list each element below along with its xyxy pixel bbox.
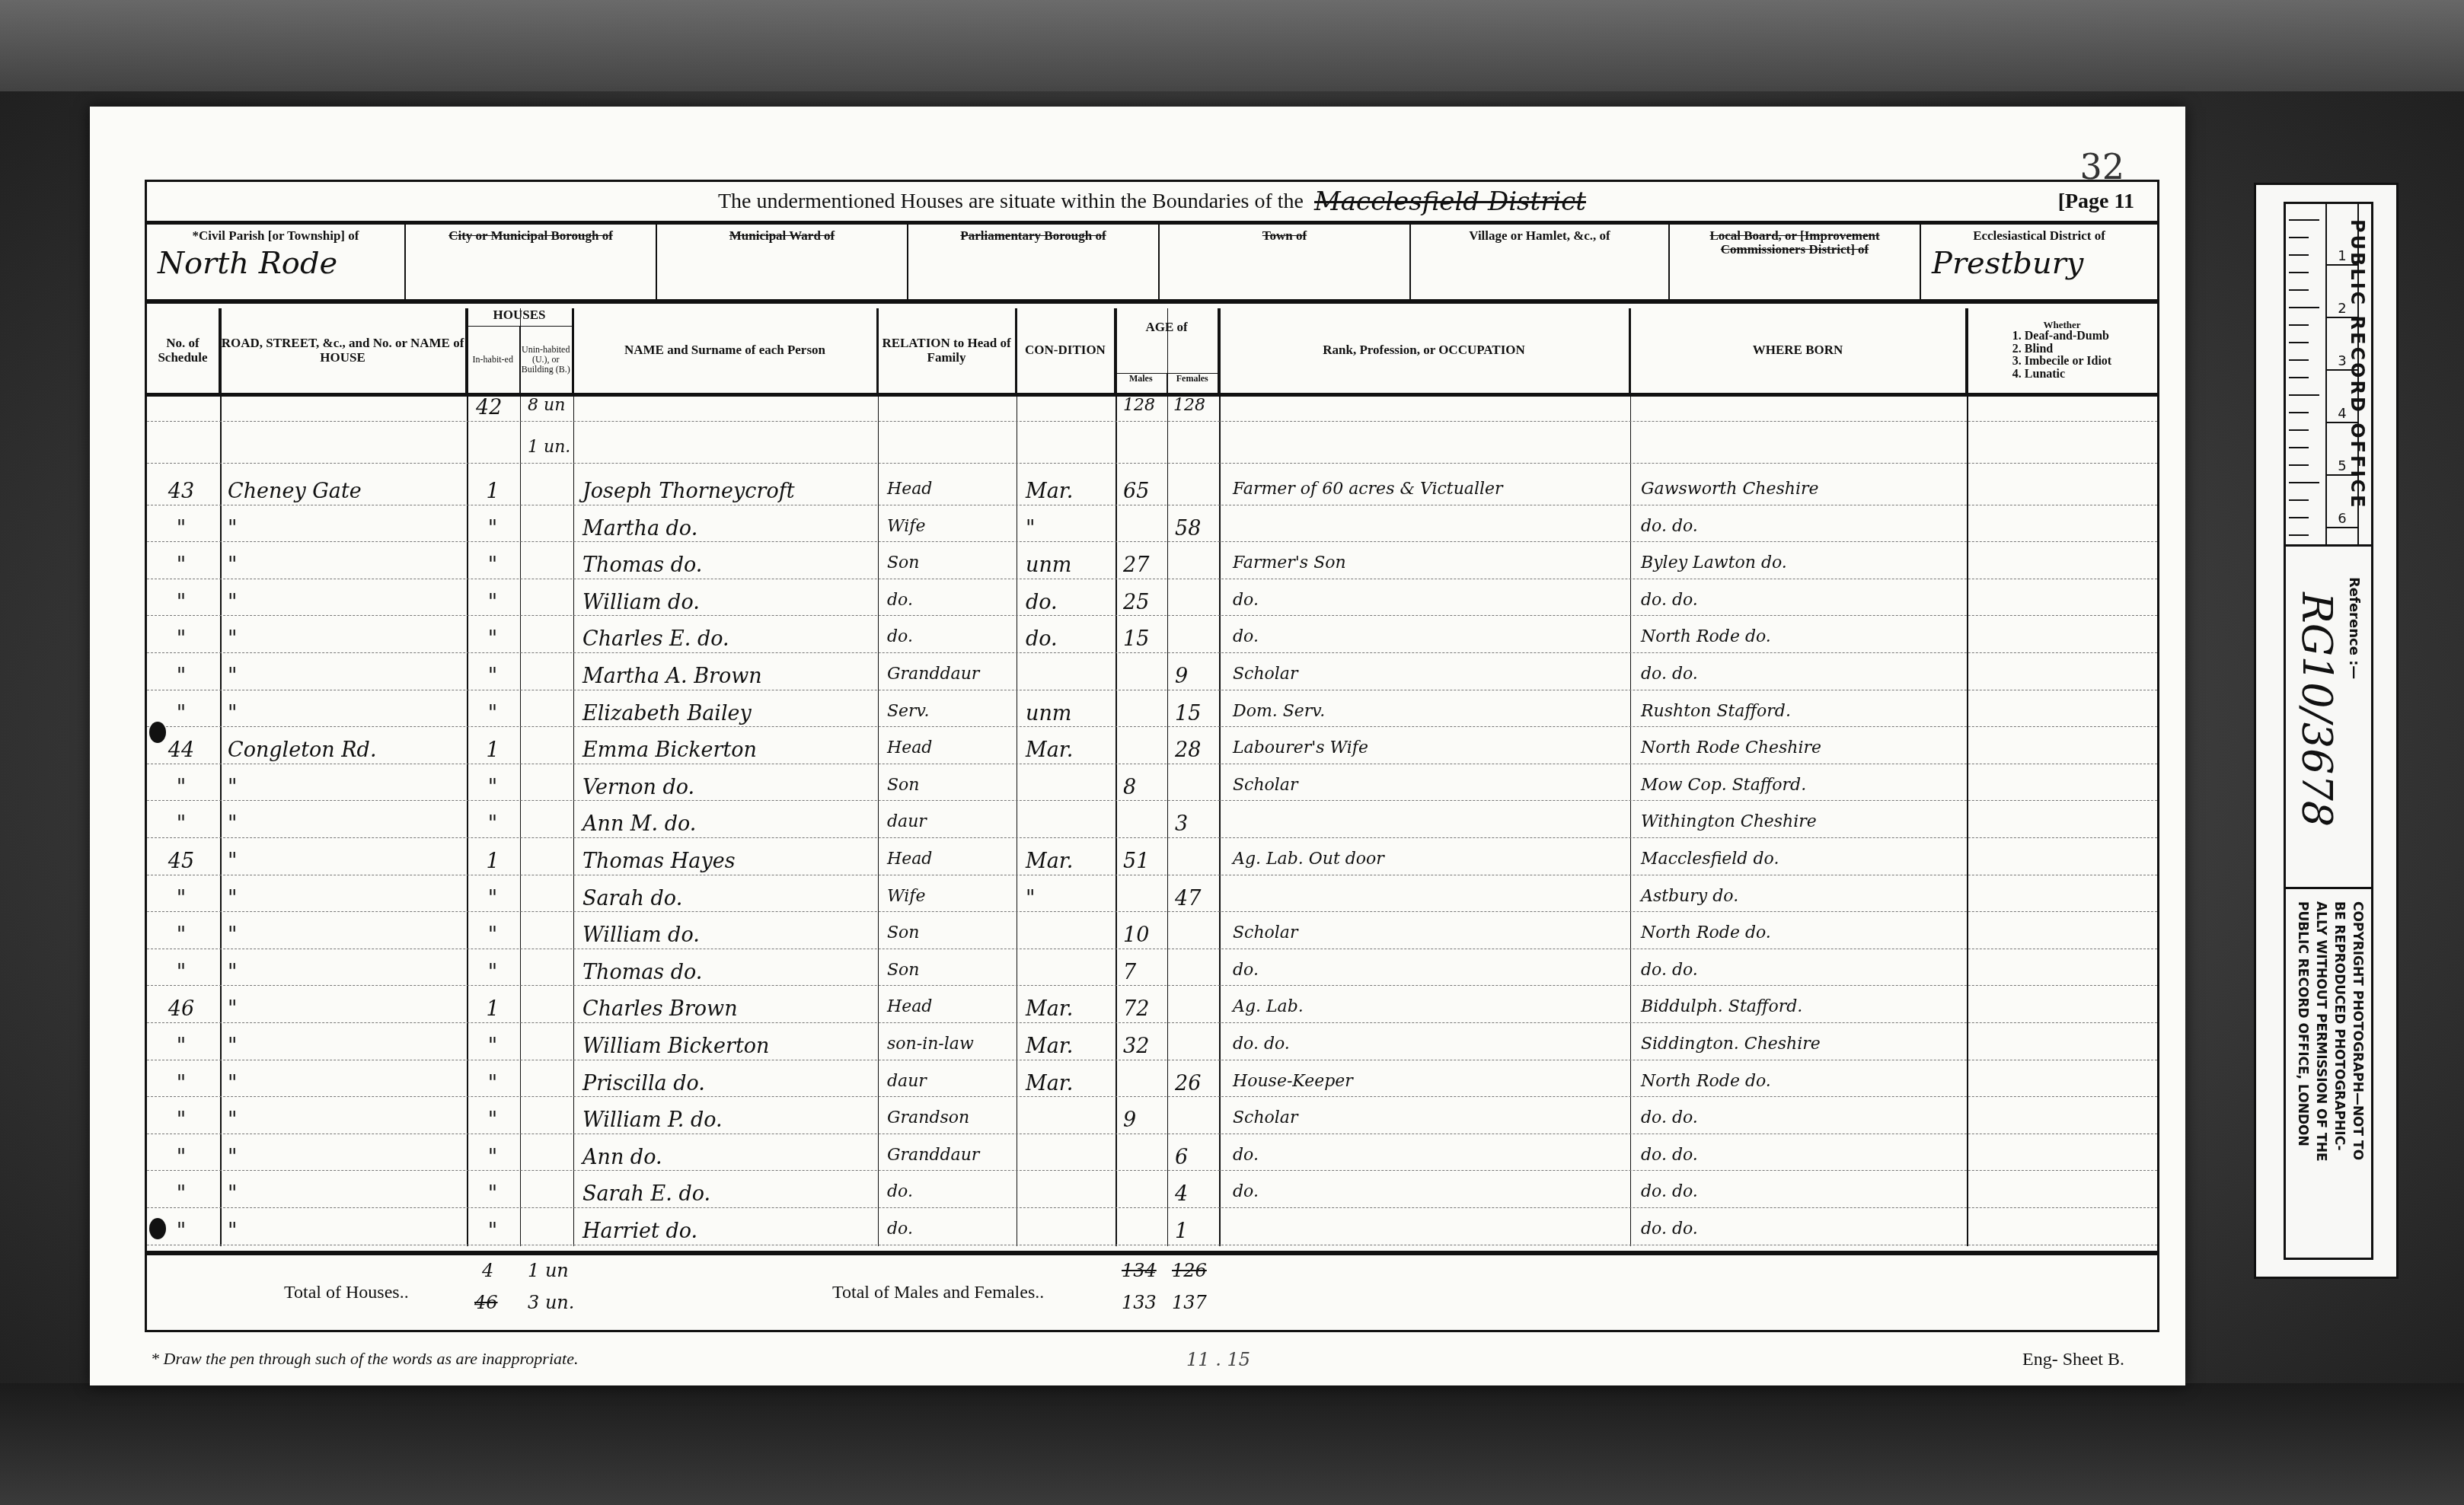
name-cell: William Bickerton xyxy=(578,1035,769,1060)
name-cell: Thomas do. xyxy=(578,553,702,579)
reference-box: Reference :— RG10/3678 xyxy=(2286,547,2371,889)
inhabited-cell: " xyxy=(470,1072,515,1098)
ruler-number: 1 xyxy=(2327,213,2357,266)
female-age-cell: 1 xyxy=(1170,1220,1188,1245)
village-label: Village or Hamlet, &c., of xyxy=(1417,229,1662,243)
occupation-cell: do. do. xyxy=(1228,1035,1290,1060)
disability-list: Whether 1. Deaf-and-Dumb 2. Blind 3. Imb… xyxy=(2012,320,2111,381)
where-born-cell: do. do. xyxy=(1636,1108,1698,1134)
table-row: """William P. do.Grandson9Scholardo. do. xyxy=(147,1113,2157,1134)
road-cell: " xyxy=(223,1220,237,1245)
occupation-cell: do. xyxy=(1228,961,1259,987)
table-row: """William Bickertonson-in-lawMar.32do. … xyxy=(147,1039,2157,1060)
road-cell: " xyxy=(223,517,237,543)
where-born-cell: do. do. xyxy=(1636,591,1698,617)
registration-district: Macclesfield District xyxy=(1314,187,1586,217)
ruler-tick xyxy=(2289,289,2309,291)
female-age-cell xyxy=(1170,553,1175,579)
table-row: """Harriet do.do.1do. do. xyxy=(147,1224,2157,1245)
ruler-tick xyxy=(2289,394,2319,396)
ruler-tick xyxy=(2289,377,2309,378)
road-cell: " xyxy=(223,1035,237,1060)
occupation-cell xyxy=(1228,812,1233,838)
male-age-cell xyxy=(1119,1220,1123,1245)
pro-reference-strip: PUBLIC RECORD OFFICE 1 2 3 4 5 6 Referen… xyxy=(2254,183,2399,1279)
copyright-line: PUBLIC RECORD OFFICE, LONDON xyxy=(2295,901,2310,1146)
ruler-tick xyxy=(2289,219,2319,221)
occupation-cell: Scholar xyxy=(1228,665,1297,690)
relation-cell: Serv. xyxy=(883,702,929,728)
town-cell: Town of xyxy=(1160,225,1411,299)
name-cell: Martha do. xyxy=(578,517,697,543)
table-row: 43Cheney Gate1Joseph ThorneycroftHeadMar… xyxy=(147,484,2157,505)
name-cell: Ann do. xyxy=(578,1146,662,1172)
name-cell: Charles Brown xyxy=(578,997,738,1023)
copyright-line: ALLY WITHOUT PERMISSION OF THE xyxy=(2313,901,2328,1162)
inhabited-cell: " xyxy=(470,591,515,617)
parliamentary-borough-cell: Parliamentary Borough of xyxy=(908,225,1160,299)
where-born-cell: do. do. xyxy=(1636,961,1698,987)
table-row: """Martha do.Wife"58do. do. xyxy=(147,521,2157,543)
road-cell: " xyxy=(223,776,237,802)
total-inhabited-page: 4 xyxy=(482,1260,493,1281)
where-born-cell: Withington Cheshire xyxy=(1636,812,1817,838)
relation-cell: do. xyxy=(883,627,913,653)
pencil-mark: 11 . 15 xyxy=(1186,1349,1250,1370)
road-cell: " xyxy=(223,591,237,617)
road-cell: " xyxy=(223,997,237,1023)
disability-whether: Whether xyxy=(2012,320,2111,330)
ruler-tick xyxy=(2289,359,2309,361)
total-inhabited-running: 46 xyxy=(474,1292,498,1313)
name-cell: William do. xyxy=(578,923,700,949)
schedule-cell: " xyxy=(147,887,215,913)
carried-forward-row-2: 1 un. xyxy=(147,442,2157,464)
relation-cell: Granddaur xyxy=(883,1146,979,1172)
road-cell: Congleton Rd. xyxy=(223,738,376,764)
name-cell: William do. xyxy=(578,591,700,617)
condition-cell xyxy=(1021,1220,1026,1245)
inhabited-cell: " xyxy=(470,1146,515,1172)
scanner-bottom-band xyxy=(0,1383,2464,1505)
inhabited-cell: " xyxy=(470,517,515,543)
male-age-cell: 15 xyxy=(1119,627,1149,653)
where-born-cell: Rushton Stafford. xyxy=(1636,702,1791,728)
ruler-tick xyxy=(2289,254,2309,256)
reference-value: RG10/3678 xyxy=(2293,592,2341,827)
schedule-cell: " xyxy=(147,1072,215,1098)
header-schedule: No. of Schedule xyxy=(147,308,220,393)
schedule-cell: " xyxy=(147,776,215,802)
condition-cell: do. xyxy=(1021,627,1058,653)
female-age-cell: 6 xyxy=(1170,1146,1188,1172)
relation-cell: do. xyxy=(883,1182,913,1208)
ruler-tick xyxy=(2289,429,2309,431)
female-age-cell xyxy=(1170,627,1175,653)
inhabited-cell: " xyxy=(470,1182,515,1208)
condition-cell: " xyxy=(1021,517,1035,543)
condition-cell: do. xyxy=(1021,591,1058,617)
ruler-tick xyxy=(2289,324,2309,326)
reference-label: Reference :— xyxy=(2346,577,2362,679)
where-born-cell: North Rode Cheshire xyxy=(1636,738,1821,764)
inhabited-cell: 1 xyxy=(470,738,515,764)
male-age-cell: 8 xyxy=(1119,776,1136,802)
schedule-cell: " xyxy=(147,517,215,543)
municipal-ward-label: Municipal Ward of xyxy=(663,229,901,243)
occupation-cell: House-Keeper xyxy=(1228,1072,1353,1098)
ruler-ticks xyxy=(2289,204,2324,544)
where-born-cell: North Rode do. xyxy=(1636,923,1771,949)
name-cell: Emma Bickerton xyxy=(578,738,757,764)
schedule-cell: 43 xyxy=(147,480,215,505)
ruler-tick xyxy=(2289,517,2309,518)
name-cell: Sarah E. do. xyxy=(578,1182,710,1208)
female-age-cell: 58 xyxy=(1170,517,1201,543)
name-cell: Charles E. do. xyxy=(578,627,729,653)
relation-cell: son-in-law xyxy=(883,1035,974,1060)
occupation-cell: Farmer's Son xyxy=(1228,553,1346,579)
carried-uninhabited-2: 1 un. xyxy=(523,438,570,464)
carried-forward-row: 42 8 un 128 128 xyxy=(147,400,2157,422)
relation-cell: daur xyxy=(883,812,927,838)
occupation-cell: Dom. Serv. xyxy=(1228,702,1325,728)
ruler-tick xyxy=(2289,412,2309,413)
header-inhabited: In-habit-ed xyxy=(467,327,520,393)
municipal-borough-label: City or Municipal Borough of xyxy=(412,229,650,243)
relation-cell: Head xyxy=(883,480,932,505)
where-born-cell: Siddington. Cheshire xyxy=(1636,1035,1821,1060)
name-cell: Ann M. do. xyxy=(578,812,696,838)
inhabited-cell: " xyxy=(470,812,515,838)
inhabited-cell: " xyxy=(470,665,515,690)
inhabited-cell: 1 xyxy=(470,997,515,1023)
header-disability: Whether 1. Deaf-and-Dumb 2. Blind 3. Imb… xyxy=(1967,308,2157,393)
occupation-cell: Ag. Lab. Out door xyxy=(1228,850,1384,875)
male-age-cell xyxy=(1119,517,1123,543)
male-age-cell: 32 xyxy=(1119,1035,1149,1060)
female-age-cell xyxy=(1170,997,1175,1023)
table-row: """Thomas do.Sonunm27Farmer's SonByley L… xyxy=(147,558,2157,579)
carried-inhabited: 42 xyxy=(471,396,502,422)
male-age-cell xyxy=(1119,1146,1123,1172)
total-females-page: 126 xyxy=(1172,1260,1207,1281)
relation-cell: do. xyxy=(883,591,913,617)
male-age-cell: 25 xyxy=(1119,591,1149,617)
condition-cell: Mar. xyxy=(1021,1035,1073,1060)
condition-cell xyxy=(1021,1182,1026,1208)
condition-cell: Mar. xyxy=(1021,997,1073,1023)
female-age-cell: 15 xyxy=(1170,702,1201,728)
relation-cell: Granddaur xyxy=(883,665,979,690)
copyright-line: BE REPRODUCED PHOTOGRAPHIC- xyxy=(2332,901,2347,1151)
inhabited-cell: " xyxy=(470,1220,515,1245)
disability-option: 1. Deaf-and-Dumb xyxy=(2012,330,2111,343)
relation-cell: daur xyxy=(883,1072,927,1098)
male-age-cell xyxy=(1119,738,1123,764)
schedule-cell: " xyxy=(147,553,215,579)
census-sheet: 32 The undermentioned Houses are situate… xyxy=(90,107,2185,1385)
where-born-cell: do. do. xyxy=(1636,665,1698,690)
occupation-cell xyxy=(1228,887,1233,913)
road-cell: " xyxy=(223,627,237,653)
town-label: Town of xyxy=(1166,229,1403,243)
condition-cell: Mar. xyxy=(1021,480,1073,505)
male-age-cell: 10 xyxy=(1119,923,1149,949)
copyright-line: COPYRIGHT PHOTOGRAPH—NOT TO xyxy=(2350,901,2365,1160)
male-age-cell xyxy=(1119,1072,1123,1098)
census-form: The undermentioned Houses are situate wi… xyxy=(145,180,2159,1332)
punch-hole xyxy=(149,1218,166,1239)
where-born-cell: Mow Cop. Stafford. xyxy=(1636,776,1806,802)
condition-cell: unm xyxy=(1021,702,1071,728)
where-born-cell: North Rode do. xyxy=(1636,627,1771,653)
sheet-mark: Eng- Sheet B. xyxy=(2022,1350,2124,1370)
footnote: * Draw the pen through such of the words… xyxy=(151,1349,578,1369)
road-cell: " xyxy=(223,812,237,838)
table-row: """Priscilla do.daurMar.26House-KeeperNo… xyxy=(147,1076,2157,1098)
totals-row: Total of Houses.. 4 46 1 un 3 un. Total … xyxy=(147,1251,2157,1330)
schedule-cell: " xyxy=(147,1035,215,1060)
name-cell: Joseph Thorneycroft xyxy=(578,480,794,505)
road-cell: Cheney Gate xyxy=(223,480,362,505)
schedule-cell: 46 xyxy=(147,997,215,1023)
occupation-cell: Scholar xyxy=(1228,1108,1297,1134)
where-born-cell: do. do. xyxy=(1636,517,1698,543)
ruler-tick xyxy=(2289,482,2319,483)
female-age-cell xyxy=(1170,591,1175,617)
relation-cell: do. xyxy=(883,1220,913,1245)
occupation-cell: Farmer of 60 acres & Victualler xyxy=(1228,480,1503,505)
road-cell: " xyxy=(223,1182,237,1208)
road-cell: " xyxy=(223,1072,237,1098)
male-age-cell xyxy=(1119,812,1123,838)
municipal-borough-cell: City or Municipal Borough of xyxy=(406,225,657,299)
relation-cell: Wife xyxy=(883,887,925,913)
occupation-cell xyxy=(1228,1220,1233,1245)
header-condition: CON-DITION xyxy=(1017,308,1116,393)
occupation-cell: Labourer's Wife xyxy=(1228,738,1368,764)
where-born-cell: Biddulph. Stafford. xyxy=(1636,997,1802,1023)
female-age-cell: 9 xyxy=(1170,665,1188,690)
condition-cell xyxy=(1021,1146,1026,1172)
female-age-cell xyxy=(1170,776,1175,802)
municipal-ward-cell: Municipal Ward of xyxy=(657,225,908,299)
female-age-cell: 28 xyxy=(1170,738,1201,764)
ruler: PUBLIC RECORD OFFICE 1 2 3 4 5 6 xyxy=(2286,204,2371,547)
inhabited-cell: " xyxy=(470,923,515,949)
male-age-cell: 7 xyxy=(1119,961,1136,987)
table-row: """Thomas do.Son7do.do. do. xyxy=(147,965,2157,987)
name-cell: Thomas do. xyxy=(578,961,702,987)
female-age-cell xyxy=(1170,850,1175,875)
inhabited-cell: 1 xyxy=(470,480,515,505)
relation-cell: Son xyxy=(883,553,920,579)
table-row: """William do.Son10ScholarNorth Rode do. xyxy=(147,928,2157,949)
schedule-cell: " xyxy=(147,665,215,690)
condition-cell xyxy=(1021,812,1026,838)
where-born-cell: North Rode do. xyxy=(1636,1072,1771,1098)
village-cell: Village or Hamlet, &c., of xyxy=(1411,225,1670,299)
name-cell: Elizabeth Bailey xyxy=(578,702,752,728)
inhabited-cell: " xyxy=(470,702,515,728)
road-cell: " xyxy=(223,1108,237,1134)
ruler-tick xyxy=(2289,237,2309,238)
female-age-cell xyxy=(1170,1108,1175,1134)
header-relation: RELATION to Head of Family xyxy=(878,308,1017,393)
name-cell: Harriet do. xyxy=(578,1220,697,1245)
table-row: """Martha A. BrownGranddaur9Scholardo. d… xyxy=(147,669,2157,690)
ruler-tick xyxy=(2289,499,2309,501)
total-males-page: 134 xyxy=(1122,1260,1157,1281)
relation-cell: Son xyxy=(883,923,920,949)
where-born-cell: do. do. xyxy=(1636,1220,1698,1245)
occupation-cell xyxy=(1228,517,1233,543)
where-born-cell: do. do. xyxy=(1636,1146,1698,1172)
schedule-cell: 45 xyxy=(147,850,215,875)
ruler-tick xyxy=(2289,464,2309,466)
table-row: """Charles E. do.do.do.15do.North Rode d… xyxy=(147,632,2157,653)
ruler-tick xyxy=(2289,342,2309,343)
male-age-cell xyxy=(1119,887,1123,913)
total-uninhabited-page: 1 un xyxy=(528,1260,569,1281)
condition-cell: Mar. xyxy=(1021,850,1073,875)
road-cell: " xyxy=(223,961,237,987)
where-born-cell: Macclesfield do. xyxy=(1636,850,1779,875)
male-age-cell: 27 xyxy=(1119,553,1149,579)
schedule-cell: " xyxy=(147,591,215,617)
ruler-number: 5 xyxy=(2327,423,2357,476)
location-strip: *Civil Parish [or Township] of North Rod… xyxy=(147,225,2157,304)
total-females-running: 137 xyxy=(1172,1292,1207,1313)
table-row: """Ann M. do.daur3Withington Cheshire xyxy=(147,817,2157,838)
condition-cell: Mar. xyxy=(1021,1072,1073,1098)
ruler-number: 2 xyxy=(2327,266,2357,318)
schedule-cell: " xyxy=(147,961,215,987)
road-cell: " xyxy=(223,850,237,875)
female-age-cell: 3 xyxy=(1170,812,1188,838)
male-age-cell: 72 xyxy=(1119,997,1149,1023)
schedule-cell: " xyxy=(147,1108,215,1134)
table-row: """Sarah do.Wife"47Astbury do. xyxy=(147,891,2157,913)
where-born-cell: do. do. xyxy=(1636,1182,1698,1208)
local-board-label: Local Board, or [Improvement Commissione… xyxy=(1676,229,1913,257)
inhabited-cell: 1 xyxy=(470,850,515,875)
total-persons-label: Total of Males and Females.. xyxy=(832,1283,1044,1303)
relation-cell: Head xyxy=(883,738,932,764)
ruler-scale: 1 2 3 4 5 6 xyxy=(2325,204,2359,544)
header-males: Males xyxy=(1116,374,1167,393)
name-cell: Vernon do. xyxy=(578,776,694,802)
female-age-cell xyxy=(1170,480,1175,505)
ruler-number: 6 xyxy=(2327,476,2357,528)
male-age-cell: 65 xyxy=(1119,480,1149,505)
inhabited-cell: " xyxy=(470,1108,515,1134)
punch-hole xyxy=(149,722,166,743)
ruler-number: 4 xyxy=(2327,371,2357,423)
pro-strip-inner: PUBLIC RECORD OFFICE 1 2 3 4 5 6 Referen… xyxy=(2284,202,2373,1260)
name-cell: Priscilla do. xyxy=(578,1072,705,1098)
page-label: [Page 11 xyxy=(2058,190,2134,214)
header-road: ROAD, STREET, &c., and No. or NAME of HO… xyxy=(220,308,467,393)
banner-text: The undermentioned Houses are situate wi… xyxy=(718,190,1304,214)
header-name: NAME and Surname of each Person xyxy=(573,308,878,393)
male-age-cell: 51 xyxy=(1119,850,1149,875)
table-row: 46"1Charles BrownHeadMar.72Ag. Lab.Biddu… xyxy=(147,1002,2157,1023)
name-cell: Thomas Hayes xyxy=(578,850,736,875)
inhabited-cell: " xyxy=(470,776,515,802)
female-age-cell: 4 xyxy=(1170,1182,1188,1208)
occupation-cell: do. xyxy=(1228,627,1259,653)
inhabited-cell: " xyxy=(470,961,515,987)
ruler-tick xyxy=(2289,534,2309,536)
inhabited-cell: " xyxy=(470,887,515,913)
road-cell: " xyxy=(223,702,237,728)
name-cell: Sarah do. xyxy=(578,887,682,913)
total-males-running: 133 xyxy=(1122,1292,1157,1313)
where-born-cell: Byley Lawton do. xyxy=(1636,553,1787,579)
occupation-cell: Scholar xyxy=(1228,923,1297,949)
inhabited-cell: " xyxy=(470,1035,515,1060)
relation-cell: Head xyxy=(883,850,932,875)
civil-parish-value: North Rode xyxy=(153,246,398,281)
schedule-cell: " xyxy=(147,812,215,838)
male-age-cell xyxy=(1119,1182,1123,1208)
schedule-cell: " xyxy=(147,627,215,653)
road-cell: " xyxy=(223,665,237,690)
schedule-cell: " xyxy=(147,923,215,949)
condition-cell: Mar. xyxy=(1021,738,1073,764)
condition-cell xyxy=(1021,776,1026,802)
local-board-cell: Local Board, or [Improvement Commissione… xyxy=(1670,225,1921,299)
occupation-cell: Ag. Lab. xyxy=(1228,997,1304,1023)
condition-cell: " xyxy=(1021,887,1035,913)
table-row: 44Congleton Rd.1Emma BickertonHeadMar.28… xyxy=(147,743,2157,764)
occupation-cell: do. xyxy=(1228,1182,1259,1208)
female-age-cell xyxy=(1170,961,1175,987)
relation-cell: Grandson xyxy=(883,1108,969,1134)
copyright-box: COPYRIGHT PHOTOGRAPH—NOT TO BE REPRODUCE… xyxy=(2286,889,2371,1258)
total-houses-label: Total of Houses.. xyxy=(284,1283,409,1303)
name-cell: Martha A. Brown xyxy=(578,665,762,690)
civil-parish-label: *Civil Parish [or Township] of xyxy=(153,229,398,243)
female-age-cell: 47 xyxy=(1170,887,1201,913)
male-age-cell: 9 xyxy=(1119,1108,1136,1134)
disability-option: 4. Lunatic xyxy=(2012,368,2111,381)
male-age-cell xyxy=(1119,665,1123,690)
header-uninhabited: Unin-habited (U.), or Building (B.) xyxy=(520,327,573,393)
ruler-tick xyxy=(2289,272,2309,273)
male-age-cell xyxy=(1119,702,1123,728)
relation-cell: Son xyxy=(883,961,920,987)
table-row: """Ann do.Granddaur6do.do. do. xyxy=(147,1150,2157,1172)
road-cell: " xyxy=(223,887,237,913)
scanner-top-band xyxy=(0,0,2464,91)
female-age-cell xyxy=(1170,923,1175,949)
where-born-cell: Gawsworth Cheshire xyxy=(1636,480,1818,505)
condition-cell: unm xyxy=(1021,553,1071,579)
total-uninhabited-running: 3 un. xyxy=(528,1292,574,1313)
table-row: """William do.do.do.25do.do. do. xyxy=(147,595,2157,617)
header-age-split: Males Females xyxy=(1116,373,1218,393)
ruler-tick xyxy=(2289,307,2319,308)
header-where-born: WHERE BORN xyxy=(1630,308,1967,393)
ruler-tick xyxy=(2289,447,2309,448)
table-header: No. of Schedule ROAD, STREET, &c., and N… xyxy=(147,308,2157,397)
disability-option: 2. Blind xyxy=(2012,343,2111,356)
carried-females: 128 xyxy=(1169,396,1205,422)
header-age-label: AGE of xyxy=(1145,320,1187,335)
